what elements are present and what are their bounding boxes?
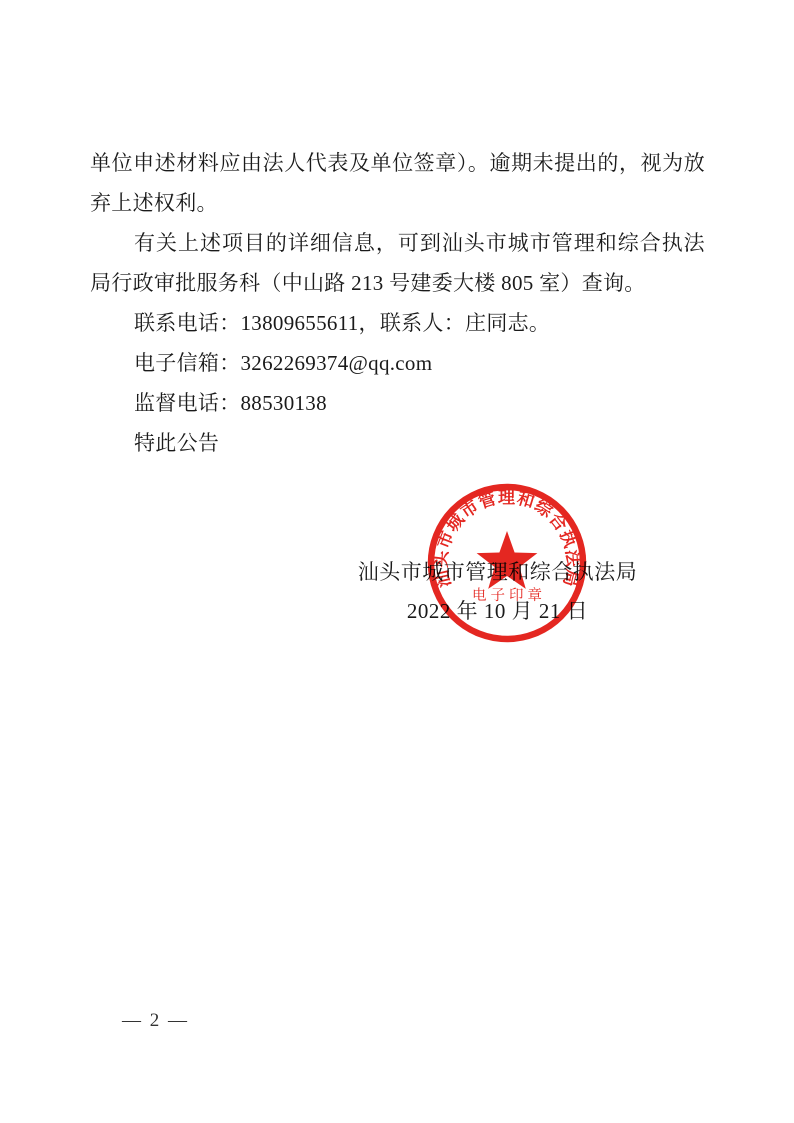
body-line-1: 单位申述材料应由法人代表及单位签章）。逾期未提出的，视为放 [90,143,705,183]
contact-email-line: 电子信箱：3262269374@qq.com [90,343,705,383]
seal-bottom-text: 电子印章 [472,586,546,604]
page-number: — 2 — [122,1010,189,1032]
seal-icon: 汕头市城市管理和综合执法局 电子印章 [422,478,592,648]
closing-line: 特此公告 [90,423,705,463]
body-line-2: 弃上述权利。 [90,183,705,223]
body-line-3: 有关上述项目的详细信息，可到汕头市城市管理和综合执法 [90,223,705,263]
document-page: 单位申述材料应由法人代表及单位签章）。逾期未提出的，视为放 弃上述权利。 有关上… [0,0,794,1123]
body-text: 单位申述材料应由法人代表及单位签章）。逾期未提出的，视为放 弃上述权利。 有关上… [90,143,705,463]
official-seal-stamp: 汕头市城市管理和综合执法局 电子印章 [422,478,592,648]
body-line-4: 局行政审批服务科（中山路 213 号建委大楼 805 室）查询。 [90,263,705,303]
seal-star-icon [477,531,538,589]
supervision-phone-line: 监督电话：88530138 [90,383,705,423]
contact-phone-line: 联系电话：13809655611，联系人：庄同志。 [90,303,705,343]
